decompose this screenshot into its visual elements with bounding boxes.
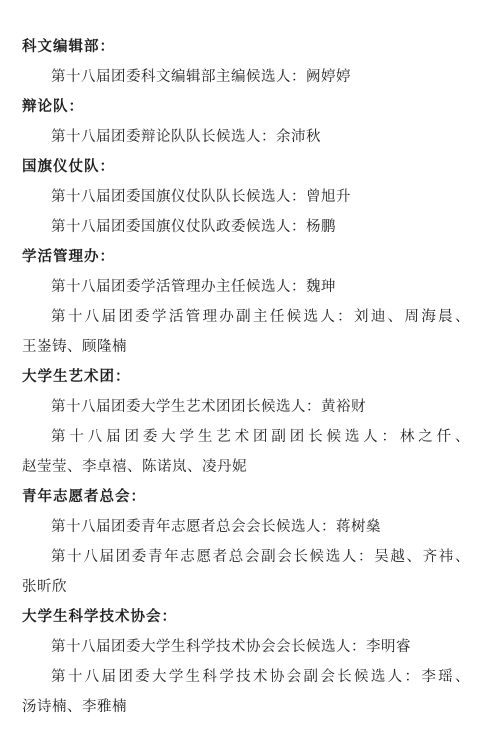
entry-line: 第十八届团委大学生科学技术协会副会长候选人：李瑶、 — [22, 662, 470, 692]
section-heading: 学活管理办： — [22, 242, 470, 272]
section-heading: 大学生科学技术协会： — [22, 602, 470, 632]
document-page: 科文编辑部： 第十八届团委科文编辑部主编候选人：阙婷婷 辩论队： 第十八届团委辩… — [0, 0, 480, 722]
entry-line: 第十八届团委国旗仪仗队队长候选人：曾旭升 — [22, 182, 470, 212]
entry-line: 第十八届团委辩论队队长候选人：余沛秋 — [22, 122, 470, 152]
entry-continuation-line: 张昕欣 — [22, 572, 470, 602]
entry-line: 第十八届团委学活管理办副主任候选人：刘迪、周海晨、 — [22, 302, 470, 332]
section-heading: 青年志愿者总会： — [22, 482, 470, 512]
entry-line: 第十八届团委青年志愿者总会副会长候选人：吴越、齐祎、 — [22, 542, 470, 572]
section-heading: 辩论队： — [22, 92, 470, 122]
entry-line: 第十八届团委大学生艺术团副团长候选人：林之仟、 — [22, 422, 470, 452]
entry-continuation-line: 汤诗楠、李雅楠 — [22, 692, 470, 722]
entry-line: 第十八届团委科文编辑部主编候选人：阙婷婷 — [22, 62, 470, 92]
entry-line: 第十八届团委大学生艺术团团长候选人：黄裕财 — [22, 392, 470, 422]
entry-line: 第十八届团委国旗仪仗队政委候选人：杨鹏 — [22, 212, 470, 242]
section-heading: 大学生艺术团： — [22, 362, 470, 392]
entry-line: 第十八届团委大学生科学技术协会会长候选人：李明睿 — [22, 632, 470, 662]
entry-line: 第十八届团委青年志愿者总会会长候选人：蒋树燊 — [22, 512, 470, 542]
section-heading: 国旗仪仗队： — [22, 152, 470, 182]
entry-continuation-line: 赵莹莹、李卓禧、陈诺岚、凌丹妮 — [22, 452, 470, 482]
entry-continuation-line: 王崟铸、顾隆楠 — [22, 332, 470, 362]
entry-line: 第十八届团委学活管理办主任候选人：魏珅 — [22, 272, 470, 302]
section-heading: 科文编辑部： — [22, 32, 470, 62]
